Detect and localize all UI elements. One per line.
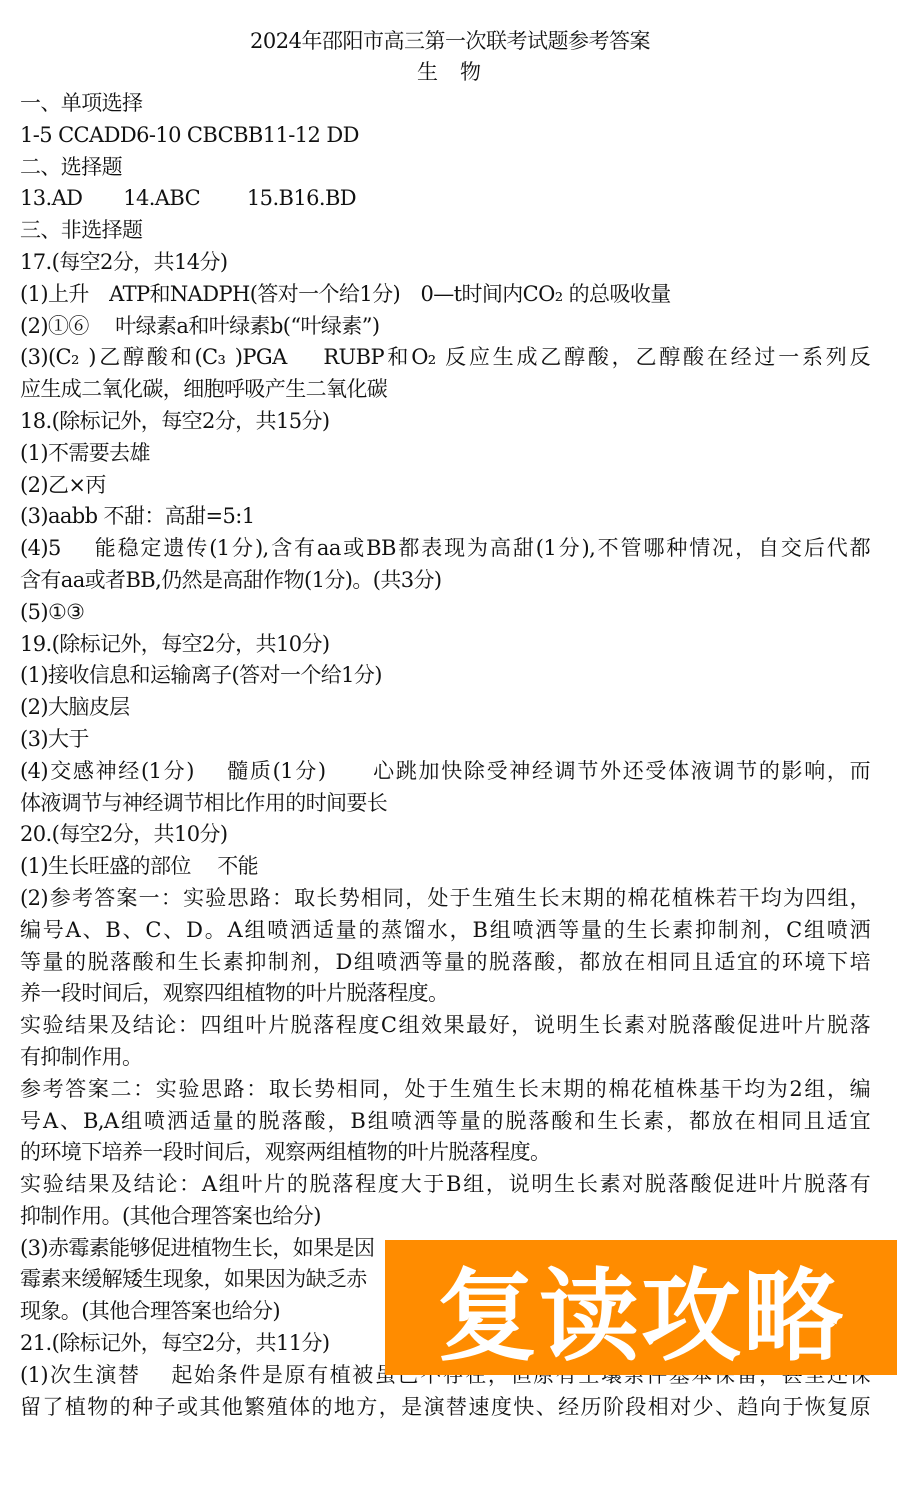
answer-line: 体液调节与神经调节相比作用的时间要长 xyxy=(20,788,870,820)
answer-line: 17.(每空2分，共14分) xyxy=(20,247,870,279)
answer-line: (5)①③ xyxy=(20,597,870,629)
answer-line: 留了植物的种子或其他繁殖体的地方，是演替速度快、经历阶段相对少、趋向于恢复原 xyxy=(20,1392,870,1424)
answer-line: 抑制作用。(其他合理答案也给分) xyxy=(20,1201,870,1233)
answer-line: 应生成二氧化碳，细胞呼吸产生二氧化碳 xyxy=(20,374,870,406)
answer-line: 参考答案二：实验思路：取长势相同，处于生殖生长末期的棉花植株基干均为2组，编 xyxy=(20,1074,870,1106)
answer-line: (3)(C₂ )乙醇酸和(C₃ )PGA RUBP和O₂ 反应生成乙醇酸，乙醇酸… xyxy=(20,342,870,374)
answer-line: 养一段时间后，观察四组植物的叶片脱落程度。 xyxy=(20,978,870,1010)
answer-line: (4)5 能稳定遗传(1分),含有aa或BB都表现为高甜(1分),不管哪种情况，… xyxy=(20,533,870,565)
answer-line: 20.(每空2分，共10分) xyxy=(20,819,870,851)
answer-line: (4)交感神经(1分) 髓质(1分) 心跳加快除受神经调节外还受体液调节的影响，… xyxy=(20,756,870,788)
answer-line: 19.(除标记外，每空2分，共10分) xyxy=(20,629,870,661)
answer-line: (3)aabb 不甜：高甜=5:1 xyxy=(20,501,870,533)
document-subject: 生物 xyxy=(0,57,900,87)
answer-line: (2)①⑥ 叶绿素a和叶绿素b(“叶绿素”) xyxy=(20,311,870,343)
answer-line: 的环境下培养一段时间后，观察两组植物的叶片脱落程度。 xyxy=(20,1137,870,1169)
answer-line: (2)大脑皮层 xyxy=(20,692,870,724)
answer-line: (1)接收信息和运输离子(答对一个给1分) xyxy=(20,660,870,692)
answer-line: (1)生长旺盛的部位 不能 xyxy=(20,851,870,883)
answer-line: 二、选择题 xyxy=(20,152,870,184)
answer-line: (1)上升 ATP和NADPH(答对一个给1分) 0—t时间内CO₂ 的总吸收量 xyxy=(20,279,870,311)
document-title: 2024年邵阳市高三第一次联考试题参考答案 xyxy=(0,26,900,56)
answer-line: (3)大于 xyxy=(20,724,870,756)
answer-line: (1)不需要去雄 xyxy=(20,438,870,470)
answer-line: 一、单项选择 xyxy=(20,88,870,120)
answer-sheet-page: 2024年邵阳市高三第一次联考试题参考答案 生物 一、单项选择1-5 CCADD… xyxy=(0,0,900,1488)
answer-line: 13.AD 14.ABC 15.B16.BD xyxy=(20,183,870,215)
watermark-banner: 复读攻略 xyxy=(385,1240,897,1375)
answer-content: 一、单项选择1-5 CCADD6-10 CBCBB11-12 DD二、选择题13… xyxy=(20,88,870,1423)
answer-line: 实验结果及结论：四组叶片脱落程度C组效果最好，说明生长素对脱落酸促进叶片脱落 xyxy=(20,1010,870,1042)
answer-line: 含有aa或者BB,仍然是高甜作物(1分)。(共3分) xyxy=(20,565,870,597)
answer-line: 有抑制作用。 xyxy=(20,1042,870,1074)
answer-line: 编号A、B、C、D。A组喷洒适量的蒸馏水，B组喷洒等量的生长素抑制剂，C组喷洒 xyxy=(20,915,870,947)
answer-line: (2)乙×丙 xyxy=(20,470,870,502)
answer-line: 号A、B,A组喷洒适量的脱落酸，B组喷洒等量的脱落酸和生长素，都放在相同且适宜 xyxy=(20,1106,870,1138)
answer-line: 1-5 CCADD6-10 CBCBB11-12 DD xyxy=(20,120,870,152)
answer-line: 等量的脱落酸和生长素抑制剂，D组喷洒等量的脱落酸，都放在相同且适宜的环境下培 xyxy=(20,947,870,979)
answer-line: 三、非选择题 xyxy=(20,215,870,247)
answer-line: 18.(除标记外，每空2分，共15分) xyxy=(20,406,870,438)
answer-line: (2)参考答案一：实验思路：取长势相同，处于生殖生长末期的棉花植株若干均为四组， xyxy=(20,883,870,915)
answer-line: 实验结果及结论：A组叶片的脱落程度大于B组，说明生长素对脱落酸促进叶片脱落有 xyxy=(20,1169,870,1201)
